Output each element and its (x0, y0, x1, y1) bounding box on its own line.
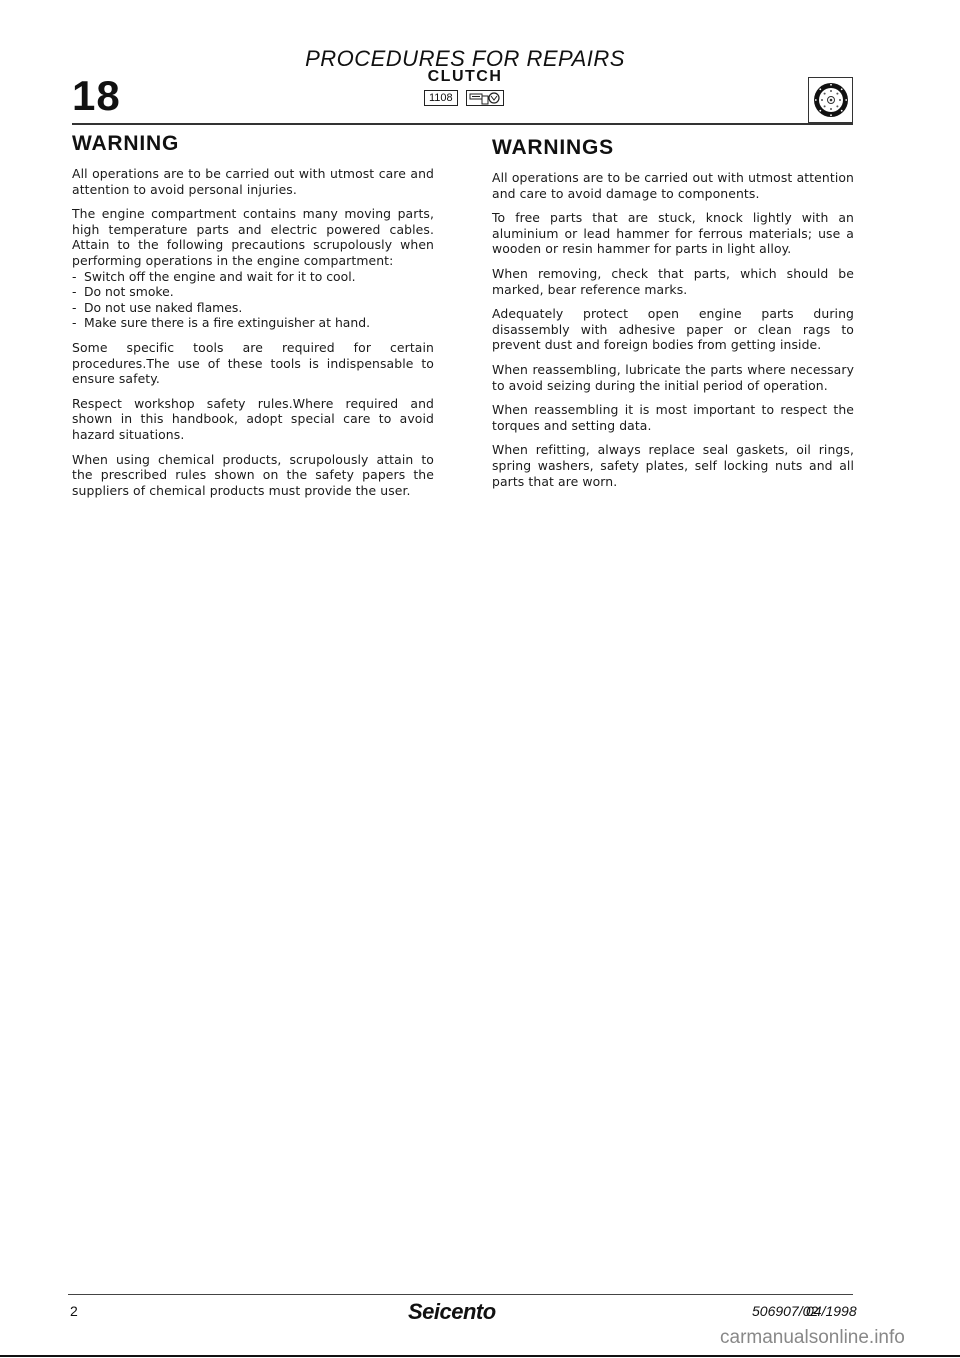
precautions-list: Switch off the engine and wait for it to… (72, 269, 434, 331)
paragraph: Respect workshop safety rules.Where requ… (72, 396, 434, 443)
footer-divider (68, 1294, 853, 1295)
bottom-border (0, 1355, 960, 1357)
header-divider (72, 123, 853, 125)
paragraph: All operations are to be carried out wit… (72, 166, 434, 197)
warnings-heading: WARNINGS (492, 136, 854, 160)
list-item: Switch off the engine and wait for it to… (72, 269, 434, 285)
clutch-disc-icon (808, 77, 853, 123)
warnings-column: WARNINGS All operations are to be carrie… (492, 136, 854, 498)
warning-column: WARNING All operations are to be carried… (72, 132, 434, 507)
watermark-link[interactable]: carmanualsonline.info (720, 1327, 905, 1349)
warning-heading: WARNING (72, 132, 434, 156)
paragraph: The engine compartment contains many mov… (72, 206, 434, 268)
paragraph: To free parts that are stuck, knock ligh… (492, 210, 854, 257)
list-item: Do not use naked flames. (72, 300, 434, 316)
list-item: Make sure there is a fire extinguisher a… (72, 315, 434, 331)
paragraph: All operations are to be carried out wit… (492, 170, 854, 201)
paragraph: When removing, check that parts, which s… (492, 266, 854, 297)
paragraph: When refitting, always replace seal gask… (492, 442, 854, 489)
operation-codes: 1108 (424, 90, 504, 106)
paragraph: Some specific tools are required for cer… (72, 340, 434, 387)
operation-code-box: 1108 (424, 90, 458, 106)
paragraph: When reassembling it is most important t… (492, 402, 854, 433)
paragraph: Adequately protect open engine parts dur… (492, 306, 854, 353)
document-date: 04/1998 (806, 1303, 857, 1319)
section-title: CLUTCH (0, 68, 930, 86)
list-item: Do not smoke. (72, 284, 434, 300)
brand-logo: Seicento (408, 1299, 496, 1325)
removal-refitting-icon (466, 90, 504, 106)
paragraph: When reassembling, lubricate the parts w… (492, 362, 854, 393)
chapter-number: 18 (72, 72, 121, 120)
paragraph: When using chemical products, scrupolous… (72, 452, 434, 499)
page-number: 2 (70, 1303, 78, 1319)
